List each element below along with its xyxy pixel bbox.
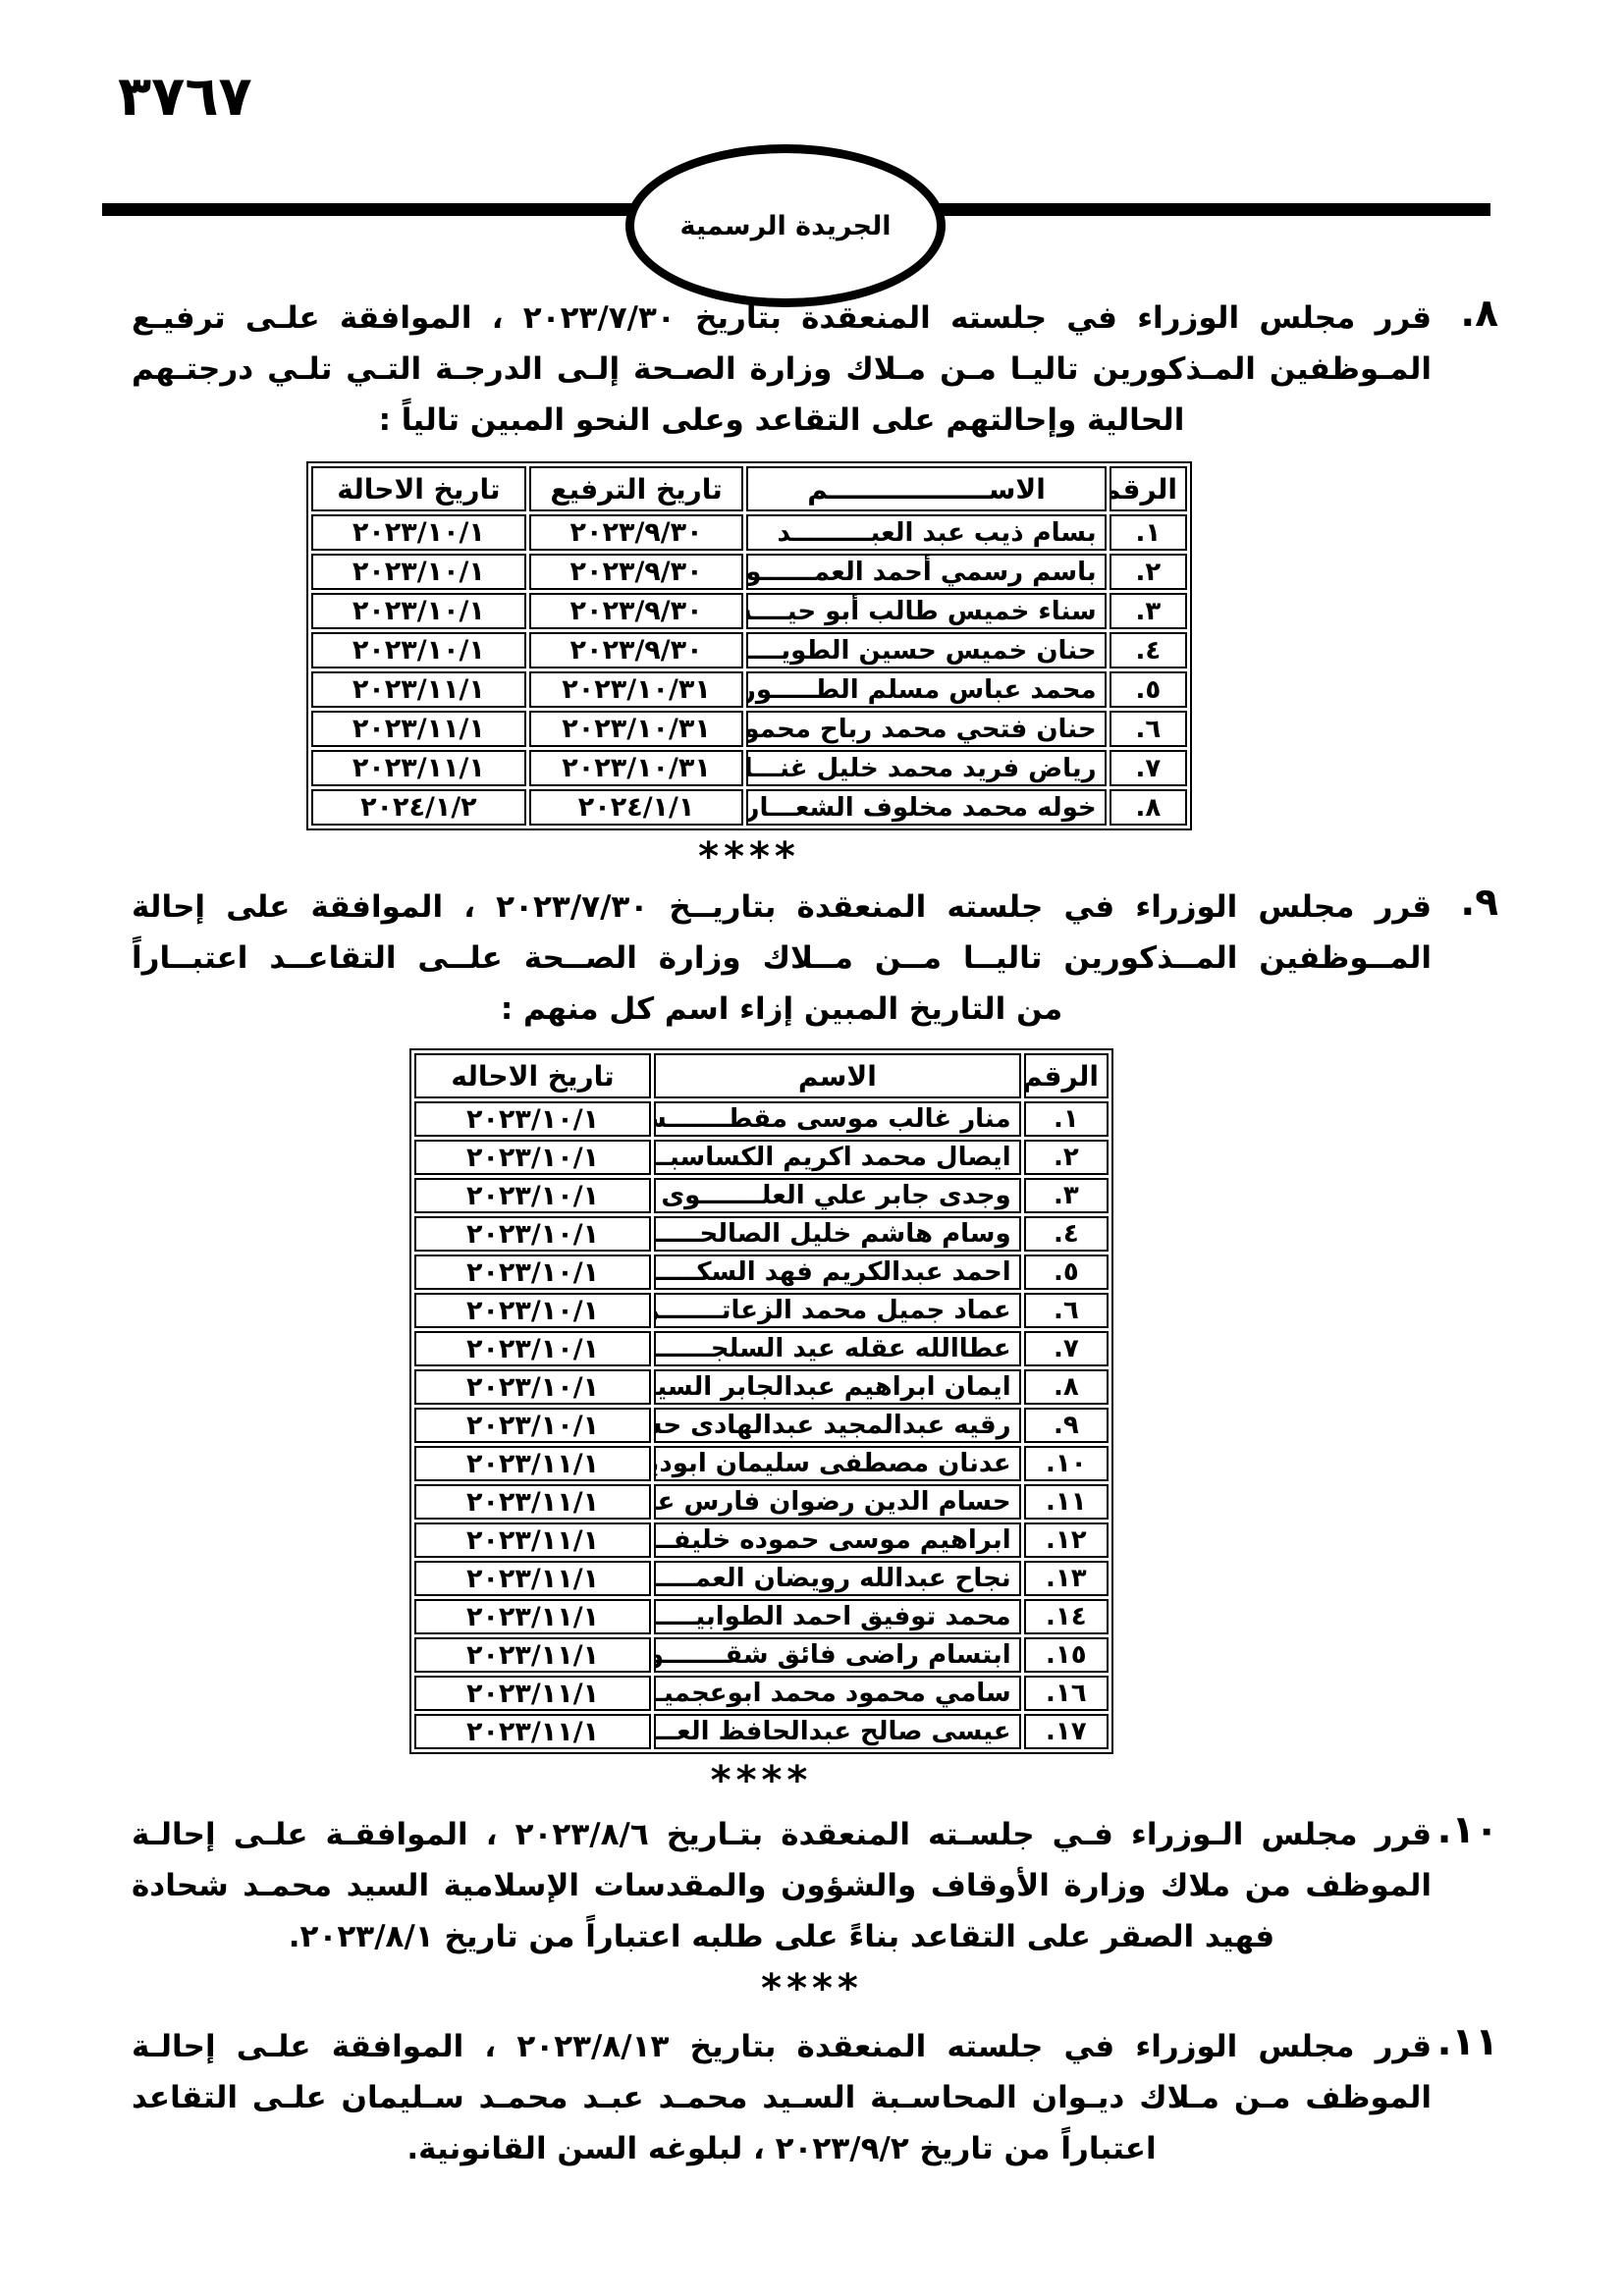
table-row: ١٣. نجاح عبدالله رويضان العمـــــوش ٢٠٢٣… bbox=[414, 1561, 1109, 1596]
cell-referral-date: ٢٠٢٤/١/٢ bbox=[311, 789, 526, 826]
cell-referral-date: ٢٠٢٣/١٠/١ bbox=[311, 593, 526, 629]
cell-referral-date: ٢٠٢٣/١٠/١ bbox=[414, 1408, 651, 1443]
cell-serial: ٨. bbox=[1024, 1369, 1109, 1405]
table-row: ١٦. سامي محمود محمد ابوعجميـــــه ٢٠٢٣/١… bbox=[414, 1676, 1109, 1711]
cell-serial: ١٢. bbox=[1024, 1522, 1109, 1558]
table-row: ١. بسام ذيب عبد العبـــــــــد ٢٠٢٣/٩/٣٠… bbox=[311, 514, 1187, 551]
header-referral-date: تاريخ الاحاله bbox=[414, 1053, 651, 1098]
gazette-page: ٣٧٦٧ الجريدة الرسمية ٨. قرر مجلس الوزراء… bbox=[0, 0, 1624, 2296]
cell-serial: ٧. bbox=[1110, 750, 1187, 786]
stars-separator: **** bbox=[306, 834, 1192, 880]
cell-referral-date: ٢٠٢٣/١٠/١ bbox=[414, 1369, 651, 1405]
cell-name: ابراهيم موسى حموده خليفـــــات bbox=[654, 1522, 1021, 1558]
decree-9-number: ٩. bbox=[1460, 878, 1498, 929]
cell-referral-date: ٢٠٢٣/١٠/١ bbox=[414, 1101, 651, 1137]
cell-referral-date: ٢٠٢٣/١٠/١ bbox=[414, 1140, 651, 1175]
cell-name: وسام هاشم خليل الصالحـــــى bbox=[654, 1216, 1021, 1252]
cell-name: حسام الدين رضوان فارس عطـــــا bbox=[654, 1484, 1021, 1520]
cell-name: ابتسام راضى فائق شقـــــــور bbox=[654, 1637, 1021, 1673]
cell-serial: ١. bbox=[1024, 1101, 1109, 1137]
decree-8: ٨. قرر مجلس الوزراء في جلسته المنعقدة بت… bbox=[132, 293, 1492, 446]
cell-name: خوله محمد مخلوف الشعـــار bbox=[746, 789, 1106, 826]
decree-11-line-2: الموظف مـن مـلاك ديـوان المحاسـبة السـيد… bbox=[132, 2072, 1432, 2123]
decree-10-line-2: الموظف من ملاك وزارة الأوقاف والشؤون وال… bbox=[132, 1860, 1432, 1911]
cell-referral-date: ٢٠٢٣/١٠/١ bbox=[414, 1216, 651, 1252]
table-row: ١٢. ابراهيم موسى حموده خليفـــــات ٢٠٢٣/… bbox=[414, 1522, 1109, 1558]
cell-serial: ٨. bbox=[1110, 789, 1187, 826]
header-serial: الرقم bbox=[1024, 1053, 1109, 1098]
table-row: ٨. ايمان ابراهيم عبدالجابر السيـــــد ٢٠… bbox=[414, 1369, 1109, 1405]
stars-separator: **** bbox=[409, 1758, 1113, 1803]
decree-9-line-3: من التاريخ المبين إزاء اسم كل منهم : bbox=[132, 984, 1432, 1035]
decree-8-number: ٨. bbox=[1460, 289, 1498, 340]
cell-promotion-date: ٢٠٢٣/٩/٣٠ bbox=[529, 593, 744, 629]
cell-name: عطاالله عقله عيد السلجـــــــى bbox=[654, 1331, 1021, 1366]
cell-referral-date: ٢٠٢٣/١٠/١ bbox=[414, 1178, 651, 1213]
cell-name: عدنان مصطفى سليمان ابوديـــــه bbox=[654, 1446, 1021, 1481]
cell-referral-date: ٢٠٢٣/١١/١ bbox=[414, 1676, 651, 1711]
cell-name: ايمان ابراهيم عبدالجابر السيـــــد bbox=[654, 1369, 1021, 1405]
cell-referral-date: ٢٠٢٣/١١/١ bbox=[414, 1714, 651, 1749]
decree-10-number: ١٠. bbox=[1437, 1805, 1498, 1856]
cell-referral-date: ٢٠٢٣/١١/١ bbox=[311, 711, 526, 747]
cell-promotion-date: ٢٠٢٣/٩/٣٠ bbox=[529, 554, 744, 590]
cell-referral-date: ٢٠٢٣/١٠/١ bbox=[414, 1255, 651, 1290]
page-content: ٨. قرر مجلس الوزراء في جلسته المنعقدة بت… bbox=[132, 293, 1492, 2174]
decree-8-line-2: المـوظفين المـذكورين تاليـا مـن مـلاك وز… bbox=[132, 344, 1432, 395]
decree-11: ١١. قرر مجلس الوزراء في جلسته المنعقدة ب… bbox=[132, 2021, 1492, 2174]
cell-serial: ١٤. bbox=[1024, 1599, 1109, 1634]
cell-serial: ٥. bbox=[1024, 1255, 1109, 1290]
table-row: ٨. خوله محمد مخلوف الشعـــار ٢٠٢٤/١/١ ٢٠… bbox=[311, 789, 1187, 826]
cell-serial: ١١. bbox=[1024, 1484, 1109, 1520]
decree-11-line-1: قرر مجلس الوزراء في جلسته المنعقدة بتاري… bbox=[132, 2021, 1432, 2072]
referrals-table: الرقم الاسم تاريخ الاحاله ١. منار غالب م… bbox=[409, 1048, 1113, 1754]
table-row: ٧. رياض فريد محمد خليل غنـــام ٢٠٢٣/١٠/٣… bbox=[311, 750, 1187, 786]
table-row: ١٠. عدنان مصطفى سليمان ابوديـــــه ٢٠٢٣/… bbox=[414, 1446, 1109, 1481]
table-row: ٤. وسام هاشم خليل الصالحـــــى ٢٠٢٣/١٠/١ bbox=[414, 1216, 1109, 1252]
cell-serial: ٣. bbox=[1110, 593, 1187, 629]
cell-referral-date: ٢٠٢٣/١٠/١ bbox=[311, 514, 526, 551]
table-row: ١١. حسام الدين رضوان فارس عطـــــا ٢٠٢٣/… bbox=[414, 1484, 1109, 1520]
cell-serial: ١٧. bbox=[1024, 1714, 1109, 1749]
cell-name: وجدى جابر علي العلـــــــوى bbox=[654, 1178, 1021, 1213]
cell-name: حنان خميس حسين الطويـــــل bbox=[746, 632, 1106, 668]
table-row: ٦. حنان فتحي محمد رباح محمود ٢٠٢٣/١٠/٣١ … bbox=[311, 711, 1187, 747]
cell-name: نجاح عبدالله رويضان العمـــــوش bbox=[654, 1561, 1021, 1596]
table-header-row: الرقم الاسم تاريخ الاحاله bbox=[414, 1053, 1109, 1098]
table-row: ٥. احمد عبدالكريم فهد السكـــــــر ٢٠٢٣/… bbox=[414, 1255, 1109, 1290]
header-promotion-date: تاريخ الترفيع bbox=[529, 466, 744, 511]
cell-name: سناء خميس طالب أبو حيــــه bbox=[746, 593, 1106, 629]
cell-name: رقيه عبدالمجيد عبدالهادى حســـان bbox=[654, 1408, 1021, 1443]
cell-serial: ٩. bbox=[1024, 1408, 1109, 1443]
table-row: ٧. عطاالله عقله عيد السلجـــــــى ٢٠٢٣/١… bbox=[414, 1331, 1109, 1366]
cell-serial: ١٠. bbox=[1024, 1446, 1109, 1481]
header-name: الاسم bbox=[654, 1053, 1021, 1098]
header-serial: الرقم bbox=[1110, 466, 1187, 511]
cell-referral-date: ٢٠٢٣/١٠/١ bbox=[311, 554, 526, 590]
cell-referral-date: ٢٠٢٣/١١/١ bbox=[414, 1522, 651, 1558]
header-referral-date: تاريخ الاحالة bbox=[311, 466, 526, 511]
table-row: ٥. محمد عباس مسلم الطـــــوره ٢٠٢٣/١٠/٣١… bbox=[311, 671, 1187, 708]
cell-serial: ٦. bbox=[1110, 711, 1187, 747]
table-header-row: الرقم الاســـــــــــــــــم تاريخ الترف… bbox=[311, 466, 1187, 511]
cell-name: احمد عبدالكريم فهد السكـــــــر bbox=[654, 1255, 1021, 1290]
decree-9-line-2: المــوظفين المــذكورين تاليــا مــن مــل… bbox=[132, 933, 1432, 984]
cell-promotion-date: ٢٠٢٣/٩/٣٠ bbox=[529, 632, 744, 668]
table-row: ١٥. ابتسام راضى فائق شقـــــــور ٢٠٢٣/١١… bbox=[414, 1637, 1109, 1673]
cell-name: عيسى صالح عبدالحافظ العـــــدوان bbox=[654, 1714, 1021, 1749]
decree-10-line-3: فهيد الصقر على التقاعد بناءً على طلبه اع… bbox=[132, 1911, 1432, 1962]
cell-referral-date: ٢٠٢٣/١١/١ bbox=[414, 1637, 651, 1673]
decree-9-line-1: قرر مجلس الوزراء في جلسته المنعقدة بتاري… bbox=[132, 881, 1432, 933]
cell-referral-date: ٢٠٢٣/١١/١ bbox=[311, 750, 526, 786]
cell-serial: ١٣. bbox=[1024, 1561, 1109, 1596]
decree-9: ٩. قرر مجلس الوزراء في جلسته المنعقدة بت… bbox=[132, 881, 1492, 1035]
decree-10: ١٠. قرر مجلس الـوزراء فـي جلسـته المنعقد… bbox=[132, 1809, 1492, 1962]
cell-referral-date: ٢٠٢٣/١٠/١ bbox=[311, 632, 526, 668]
cell-name: حنان فتحي محمد رباح محمود bbox=[746, 711, 1106, 747]
gazette-badge: الجريدة الرسمية bbox=[625, 144, 946, 307]
table-row: ٢. باسم رسمي أحمد العمــــــوري ٢٠٢٣/٩/٣… bbox=[311, 554, 1187, 590]
cell-serial: ١٦. bbox=[1024, 1676, 1109, 1711]
cell-referral-date: ٢٠٢٣/١٠/١ bbox=[414, 1331, 651, 1366]
cell-promotion-date: ٢٠٢٣/٩/٣٠ bbox=[529, 514, 744, 551]
decree-11-line-3: اعتباراً من تاريخ ٢٠٢٣/٩/٢ ، لبلوغه السن… bbox=[132, 2123, 1432, 2174]
cell-referral-date: ٢٠٢٣/١٠/١ bbox=[414, 1293, 651, 1328]
cell-name: محمد توفيق احمد الطوابيـــــــن bbox=[654, 1599, 1021, 1634]
cell-name: سامي محمود محمد ابوعجميـــــه bbox=[654, 1676, 1021, 1711]
cell-referral-date: ٢٠٢٣/١١/١ bbox=[414, 1484, 651, 1520]
cell-promotion-date: ٢٠٢٣/١٠/٣١ bbox=[529, 711, 744, 747]
table-row: ١٤. محمد توفيق احمد الطوابيـــــــن ٢٠٢٣… bbox=[414, 1599, 1109, 1634]
cell-name: عماد جميل محمد الزعاتـــــــره bbox=[654, 1293, 1021, 1328]
table-row: ٩. رقيه عبدالمجيد عبدالهادى حســـان ٢٠٢٣… bbox=[414, 1408, 1109, 1443]
cell-serial: ٧. bbox=[1024, 1331, 1109, 1366]
cell-promotion-date: ٢٠٢٣/١٠/٣١ bbox=[529, 750, 744, 786]
cell-referral-date: ٢٠٢٣/١١/١ bbox=[414, 1446, 651, 1481]
table-row: ٣. سناء خميس طالب أبو حيــــه ٢٠٢٣/٩/٣٠ … bbox=[311, 593, 1187, 629]
table-row: ١٧. عيسى صالح عبدالحافظ العـــــدوان ٢٠٢… bbox=[414, 1714, 1109, 1749]
decree-10-line-1: قرر مجلس الـوزراء فـي جلسـته المنعقدة بت… bbox=[132, 1809, 1432, 1860]
table-row: ١. منار غالب موسى مقطـــــــش ٢٠٢٣/١٠/١ bbox=[414, 1101, 1109, 1137]
cell-serial: ٦. bbox=[1024, 1293, 1109, 1328]
cell-name: ايصال محمد اكريم الكساسبـــــه bbox=[654, 1140, 1021, 1175]
cell-promotion-date: ٢٠٢٣/١٠/٣١ bbox=[529, 671, 744, 708]
cell-name: باسم رسمي أحمد العمــــــوري bbox=[746, 554, 1106, 590]
stars-separator: **** bbox=[132, 1966, 1492, 2011]
cell-name: محمد عباس مسلم الطـــــوره bbox=[746, 671, 1106, 708]
table-row: ٤. حنان خميس حسين الطويـــــل ٢٠٢٣/٩/٣٠ … bbox=[311, 632, 1187, 668]
cell-serial: ٥. bbox=[1110, 671, 1187, 708]
cell-serial: ١٥. bbox=[1024, 1637, 1109, 1673]
decree-8-line-3: الحالية وإحالتهم على التقاعد وعلى النحو … bbox=[132, 395, 1432, 446]
cell-serial: ٤. bbox=[1024, 1216, 1109, 1252]
cell-referral-date: ٢٠٢٣/١١/١ bbox=[414, 1599, 651, 1634]
cell-referral-date: ٢٠٢٣/١١/١ bbox=[414, 1561, 651, 1596]
header-name: الاســـــــــــــــــم bbox=[746, 466, 1106, 511]
cell-promotion-date: ٢٠٢٤/١/١ bbox=[529, 789, 744, 826]
cell-serial: ١. bbox=[1110, 514, 1187, 551]
cell-serial: ٢. bbox=[1024, 1140, 1109, 1175]
cell-name: منار غالب موسى مقطـــــــش bbox=[654, 1101, 1021, 1137]
decree-11-number: ١١. bbox=[1437, 2017, 1498, 2068]
table-row: ٦. عماد جميل محمد الزعاتـــــــره ٢٠٢٣/١… bbox=[414, 1293, 1109, 1328]
page-number: ٣٧٦٧ bbox=[118, 65, 252, 129]
gazette-badge-label: الجريدة الرسمية bbox=[680, 211, 892, 241]
table-row: ٢. ايصال محمد اكريم الكساسبـــــه ٢٠٢٣/١… bbox=[414, 1140, 1109, 1175]
cell-serial: ٢. bbox=[1110, 554, 1187, 590]
cell-serial: ٤. bbox=[1110, 632, 1187, 668]
promotions-table: الرقم الاســـــــــــــــــم تاريخ الترف… bbox=[306, 461, 1192, 830]
cell-serial: ٣. bbox=[1024, 1178, 1109, 1213]
cell-name: بسام ذيب عبد العبـــــــــد bbox=[746, 514, 1106, 551]
table-row: ٣. وجدى جابر علي العلـــــــوى ٢٠٢٣/١٠/١ bbox=[414, 1178, 1109, 1213]
cell-referral-date: ٢٠٢٣/١١/١ bbox=[311, 671, 526, 708]
cell-name: رياض فريد محمد خليل غنـــام bbox=[746, 750, 1106, 786]
